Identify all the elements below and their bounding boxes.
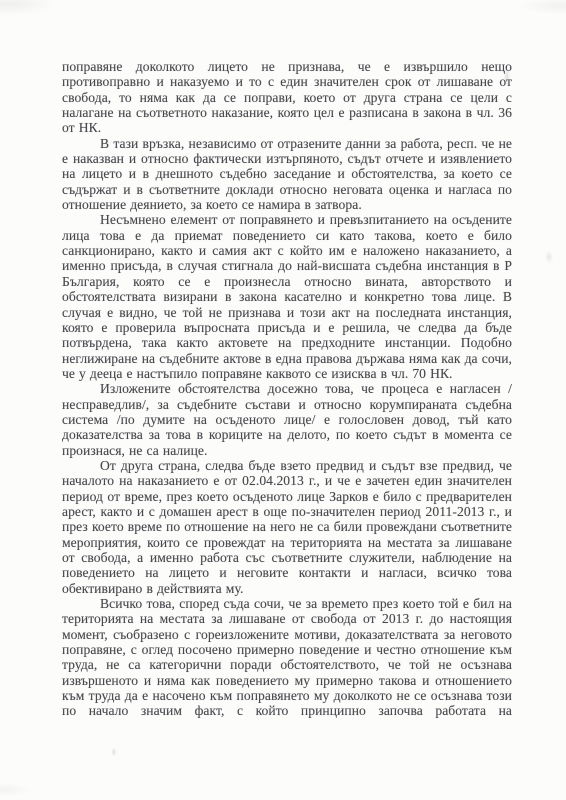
- paragraph-continuation: поправяне доколкото лицето не признава, …: [62, 59, 512, 136]
- paragraph: Несъмнено елемент от поправянето и превъ…: [62, 212, 512, 381]
- paragraph: В тази връзка, независимо от отразените …: [62, 136, 512, 213]
- paragraph-incomplete: Всичко това, според съда сочи, че за вре…: [62, 596, 512, 719]
- text-block: поправяне доколкото лицето не признава, …: [62, 59, 512, 719]
- paragraph: Изложените обстоятелства досежно това, ч…: [62, 381, 512, 458]
- scanned-document-page: поправяне доколкото лицето не признава, …: [0, 0, 566, 800]
- paragraph: От друга страна, следва бъде взето предв…: [62, 458, 512, 596]
